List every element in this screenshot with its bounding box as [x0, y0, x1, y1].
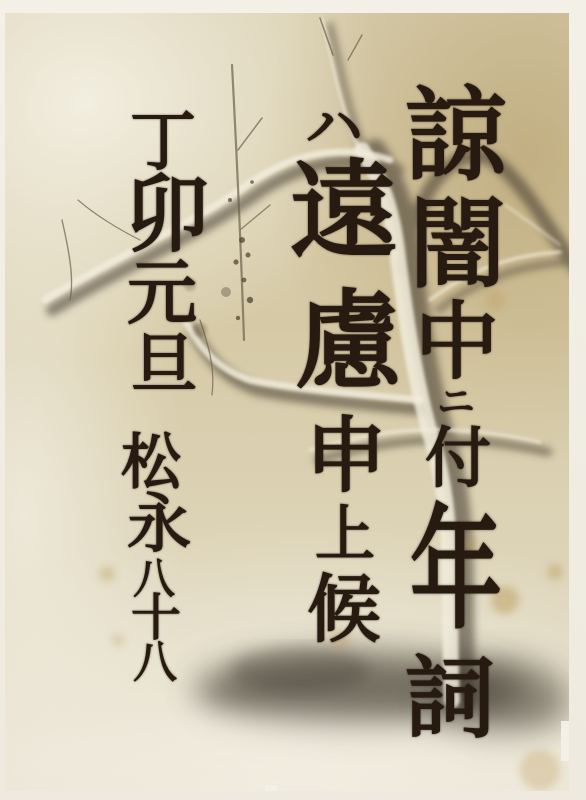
- calligraphy-char: 中: [415, 300, 499, 384]
- photograph: 諒 闇 中 ニ 付 年 詞 ハ 遠 慮 申 上 候 丁 卯 元 旦 松 永 八 …: [5, 13, 569, 791]
- calligraphy-char: 付: [425, 425, 491, 491]
- calligraphy-char: 元: [127, 258, 197, 328]
- calligraphy-char: 闇: [409, 196, 507, 294]
- calligraphy-char: 卯: [125, 173, 209, 257]
- calligraphy-char: 上: [315, 505, 375, 565]
- calligraphy-char: 八: [133, 641, 177, 685]
- calligraphy-char: 年: [410, 503, 502, 636]
- calligraphy-char: 候: [307, 573, 381, 647]
- worn-edge-chip: [265, 785, 277, 791]
- calligraphy-char: ハ: [305, 98, 363, 156]
- calligraphy-char: ニ: [437, 383, 475, 421]
- worn-edge-chip: [561, 721, 569, 761]
- calligraphy-char: 慮: [295, 288, 401, 394]
- calligraphy-char: 松: [121, 433, 181, 493]
- calligraphy-char: 申: [305, 415, 387, 497]
- calligraphy-char: 遠: [290, 158, 398, 266]
- calligraphy-char: 旦: [131, 331, 197, 397]
- calligraphy-char: 諒: [405, 85, 507, 187]
- calligraphy-char: 詞: [405, 653, 495, 743]
- calligraphy-char: 十: [131, 593, 181, 643]
- calligraphy-char: 永: [127, 493, 191, 557]
